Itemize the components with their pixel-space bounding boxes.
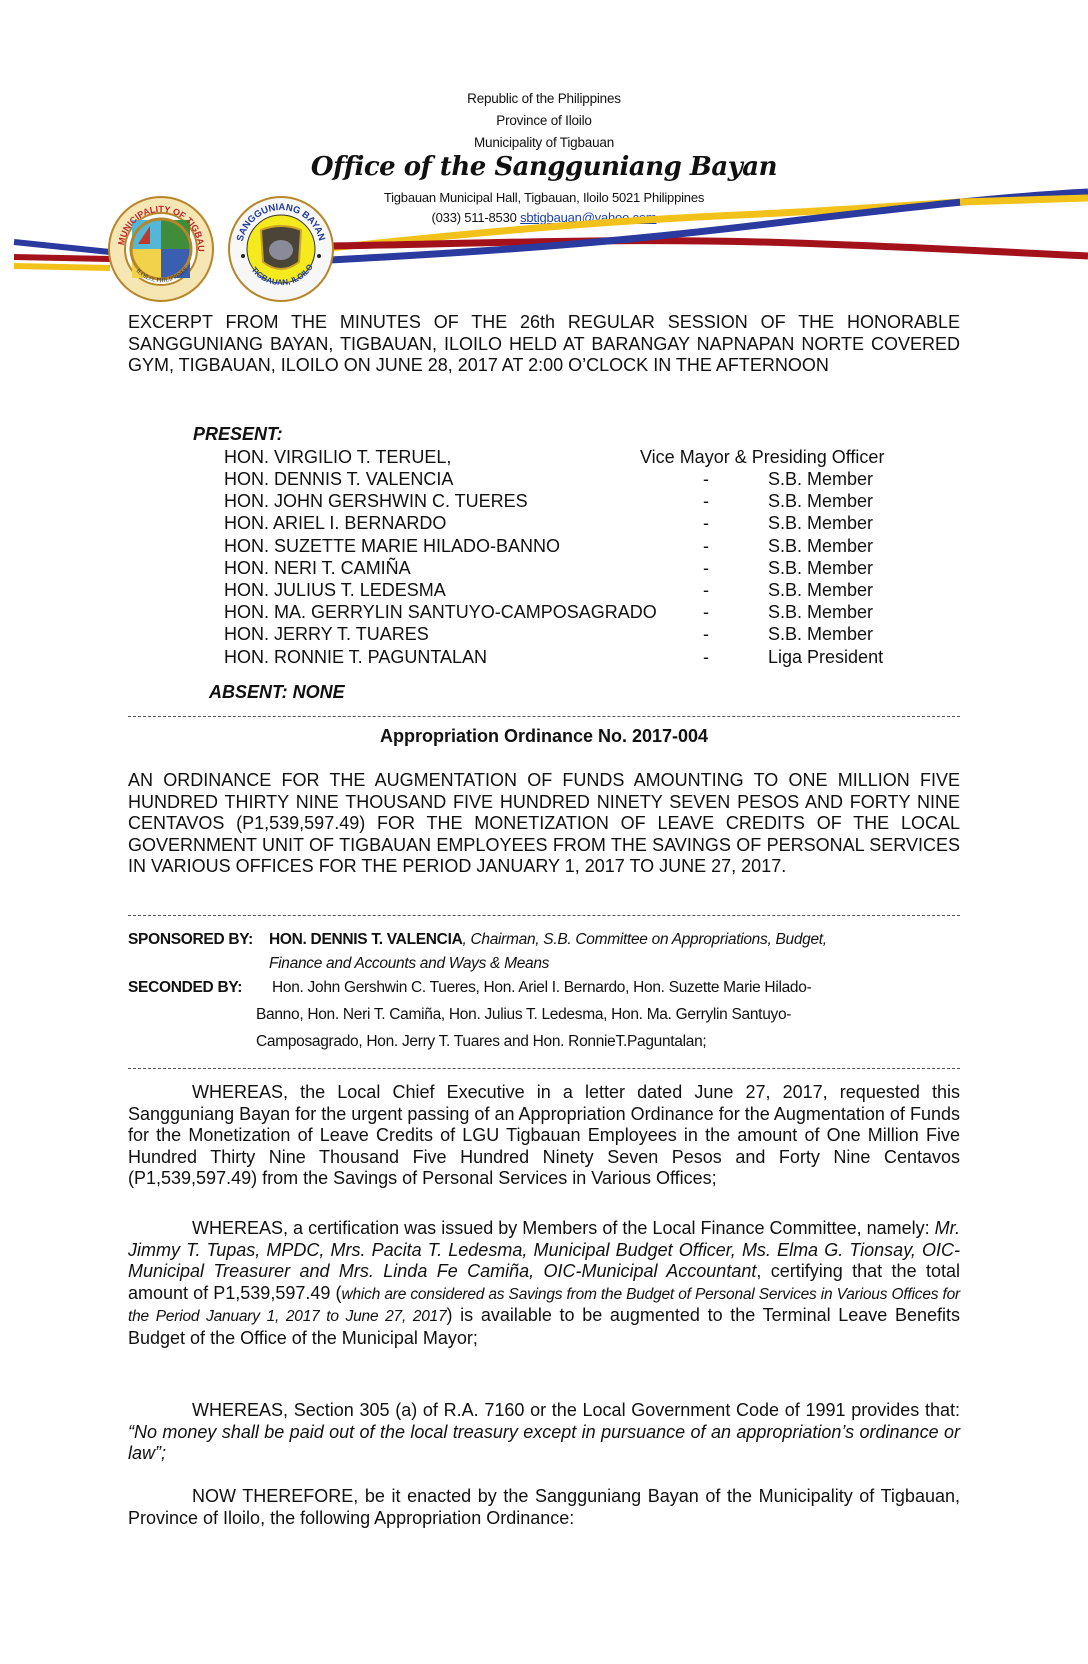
municipality-seal-logo: MUNICIPALITY OF TIGBAUAN ILOILO, PHILIPP…	[108, 196, 214, 302]
sponsor-title-continued: Finance and Accounts and Ways & Means	[269, 955, 549, 973]
sponsor-line: HON. DENNIS T. VALENCIA, Chairman, S.B. …	[269, 931, 827, 949]
member-name: HON. MA. GERRYLIN SANTUYO-CAMPOSAGRADO	[224, 602, 657, 623]
seconded-by-label: SECONDED BY:	[128, 979, 242, 997]
member-name: HON. RONNIE T. PAGUNTALAN	[224, 647, 487, 668]
letterhead-office-title: Office of the Sangguniang Bayan	[0, 152, 1088, 182]
member-name: HON. NERI T. CAMIÑA	[224, 558, 411, 579]
absent-label: ABSENT: NONE	[209, 682, 345, 704]
document-page: Republic of the Philippines Province of …	[0, 0, 1088, 1664]
whereas-2-intro: WHEREAS, a certification was issued by M…	[192, 1218, 935, 1238]
dashed-divider	[128, 1068, 960, 1069]
presiding-officer-name: HON. VIRGILIO T. TERUEL,	[224, 447, 451, 468]
member-role: S.B. Member	[768, 469, 873, 490]
excerpt-heading: EXCERPT FROM THE MINUTES OF THE 26th REG…	[128, 312, 960, 377]
ordinance-description: AN ORDINANCE FOR THE AUGMENTATION OF FUN…	[128, 770, 960, 878]
whereas-clause-3: WHEREAS, Section 305 (a) of R.A. 7160 or…	[128, 1400, 960, 1465]
member-dash: -	[703, 536, 709, 557]
member-role: S.B. Member	[768, 491, 873, 512]
seconded-by-names-line3: Camposagrado, Hon. Jerry T. Tuares and H…	[256, 1033, 706, 1051]
sponsor-name: HON. DENNIS T. VALENCIA	[269, 931, 462, 948]
seconded-by-names-line1: Hon. John Gershwin C. Tueres, Hon. Ariel…	[272, 979, 811, 997]
member-dash: -	[703, 624, 709, 645]
member-dash: -	[703, 558, 709, 579]
seconded-by-names-line2: Banno, Hon. Neri T. Camiña, Hon. Julius …	[256, 1006, 791, 1024]
member-name: HON. ARIEL I. BERNARDO	[224, 513, 446, 534]
member-role: Liga President	[768, 647, 883, 668]
sponsor-title: , Chairman, S.B. Committee on Appropriat…	[462, 931, 826, 948]
member-name: HON. JERRY T. TUARES	[224, 624, 429, 645]
member-role: S.B. Member	[768, 580, 873, 601]
member-role: S.B. Member	[768, 558, 873, 579]
whereas-clause-2: WHEREAS, a certification was issued by M…	[128, 1218, 960, 1349]
presiding-officer-role: Vice Mayor & Presiding Officer	[640, 447, 884, 468]
member-dash: -	[703, 602, 709, 623]
member-role: S.B. Member	[768, 624, 873, 645]
present-label: PRESENT:	[193, 424, 283, 446]
sponsored-by-label: SPONSORED BY:	[128, 931, 253, 949]
whereas-clause-1: WHEREAS, the Local Chief Executive in a …	[128, 1082, 960, 1190]
member-name: HON. JULIUS T. LEDESMA	[224, 580, 446, 601]
letterhead-municipality: Municipality of Tigbauan	[0, 135, 1088, 150]
member-dash: -	[703, 580, 709, 601]
whereas-3-intro: WHEREAS, Section 305 (a) of R.A. 7160 or…	[192, 1400, 960, 1420]
member-name: HON. SUZETTE MARIE HILADO-BANNO	[224, 536, 560, 557]
member-dash: -	[703, 491, 709, 512]
dashed-divider	[128, 915, 960, 916]
dashed-divider	[128, 716, 960, 717]
member-dash: -	[703, 647, 709, 668]
member-name: HON. DENNIS T. VALENCIA	[224, 469, 453, 490]
member-role: S.B. Member	[768, 602, 873, 623]
letterhead-republic: Republic of the Philippines	[0, 91, 1088, 106]
lgc-quote: “No money shall be paid out of the local…	[128, 1422, 960, 1464]
sangguniang-bayan-seal-logo: SANGGUNIANG BAYAN TIGBAUAN, ILOILO	[228, 196, 334, 302]
member-dash: -	[703, 513, 709, 534]
member-role: S.B. Member	[768, 536, 873, 557]
ordinance-title: Appropriation Ordinance No. 2017-004	[0, 726, 1088, 748]
letterhead-province: Province of Iloilo	[0, 113, 1088, 128]
now-therefore-clause: NOW THEREFORE, be it enacted by the Sang…	[128, 1486, 960, 1529]
member-dash: -	[703, 469, 709, 490]
member-role: S.B. Member	[768, 513, 873, 534]
member-name: HON. JOHN GERSHWIN C. TUERES	[224, 491, 528, 512]
